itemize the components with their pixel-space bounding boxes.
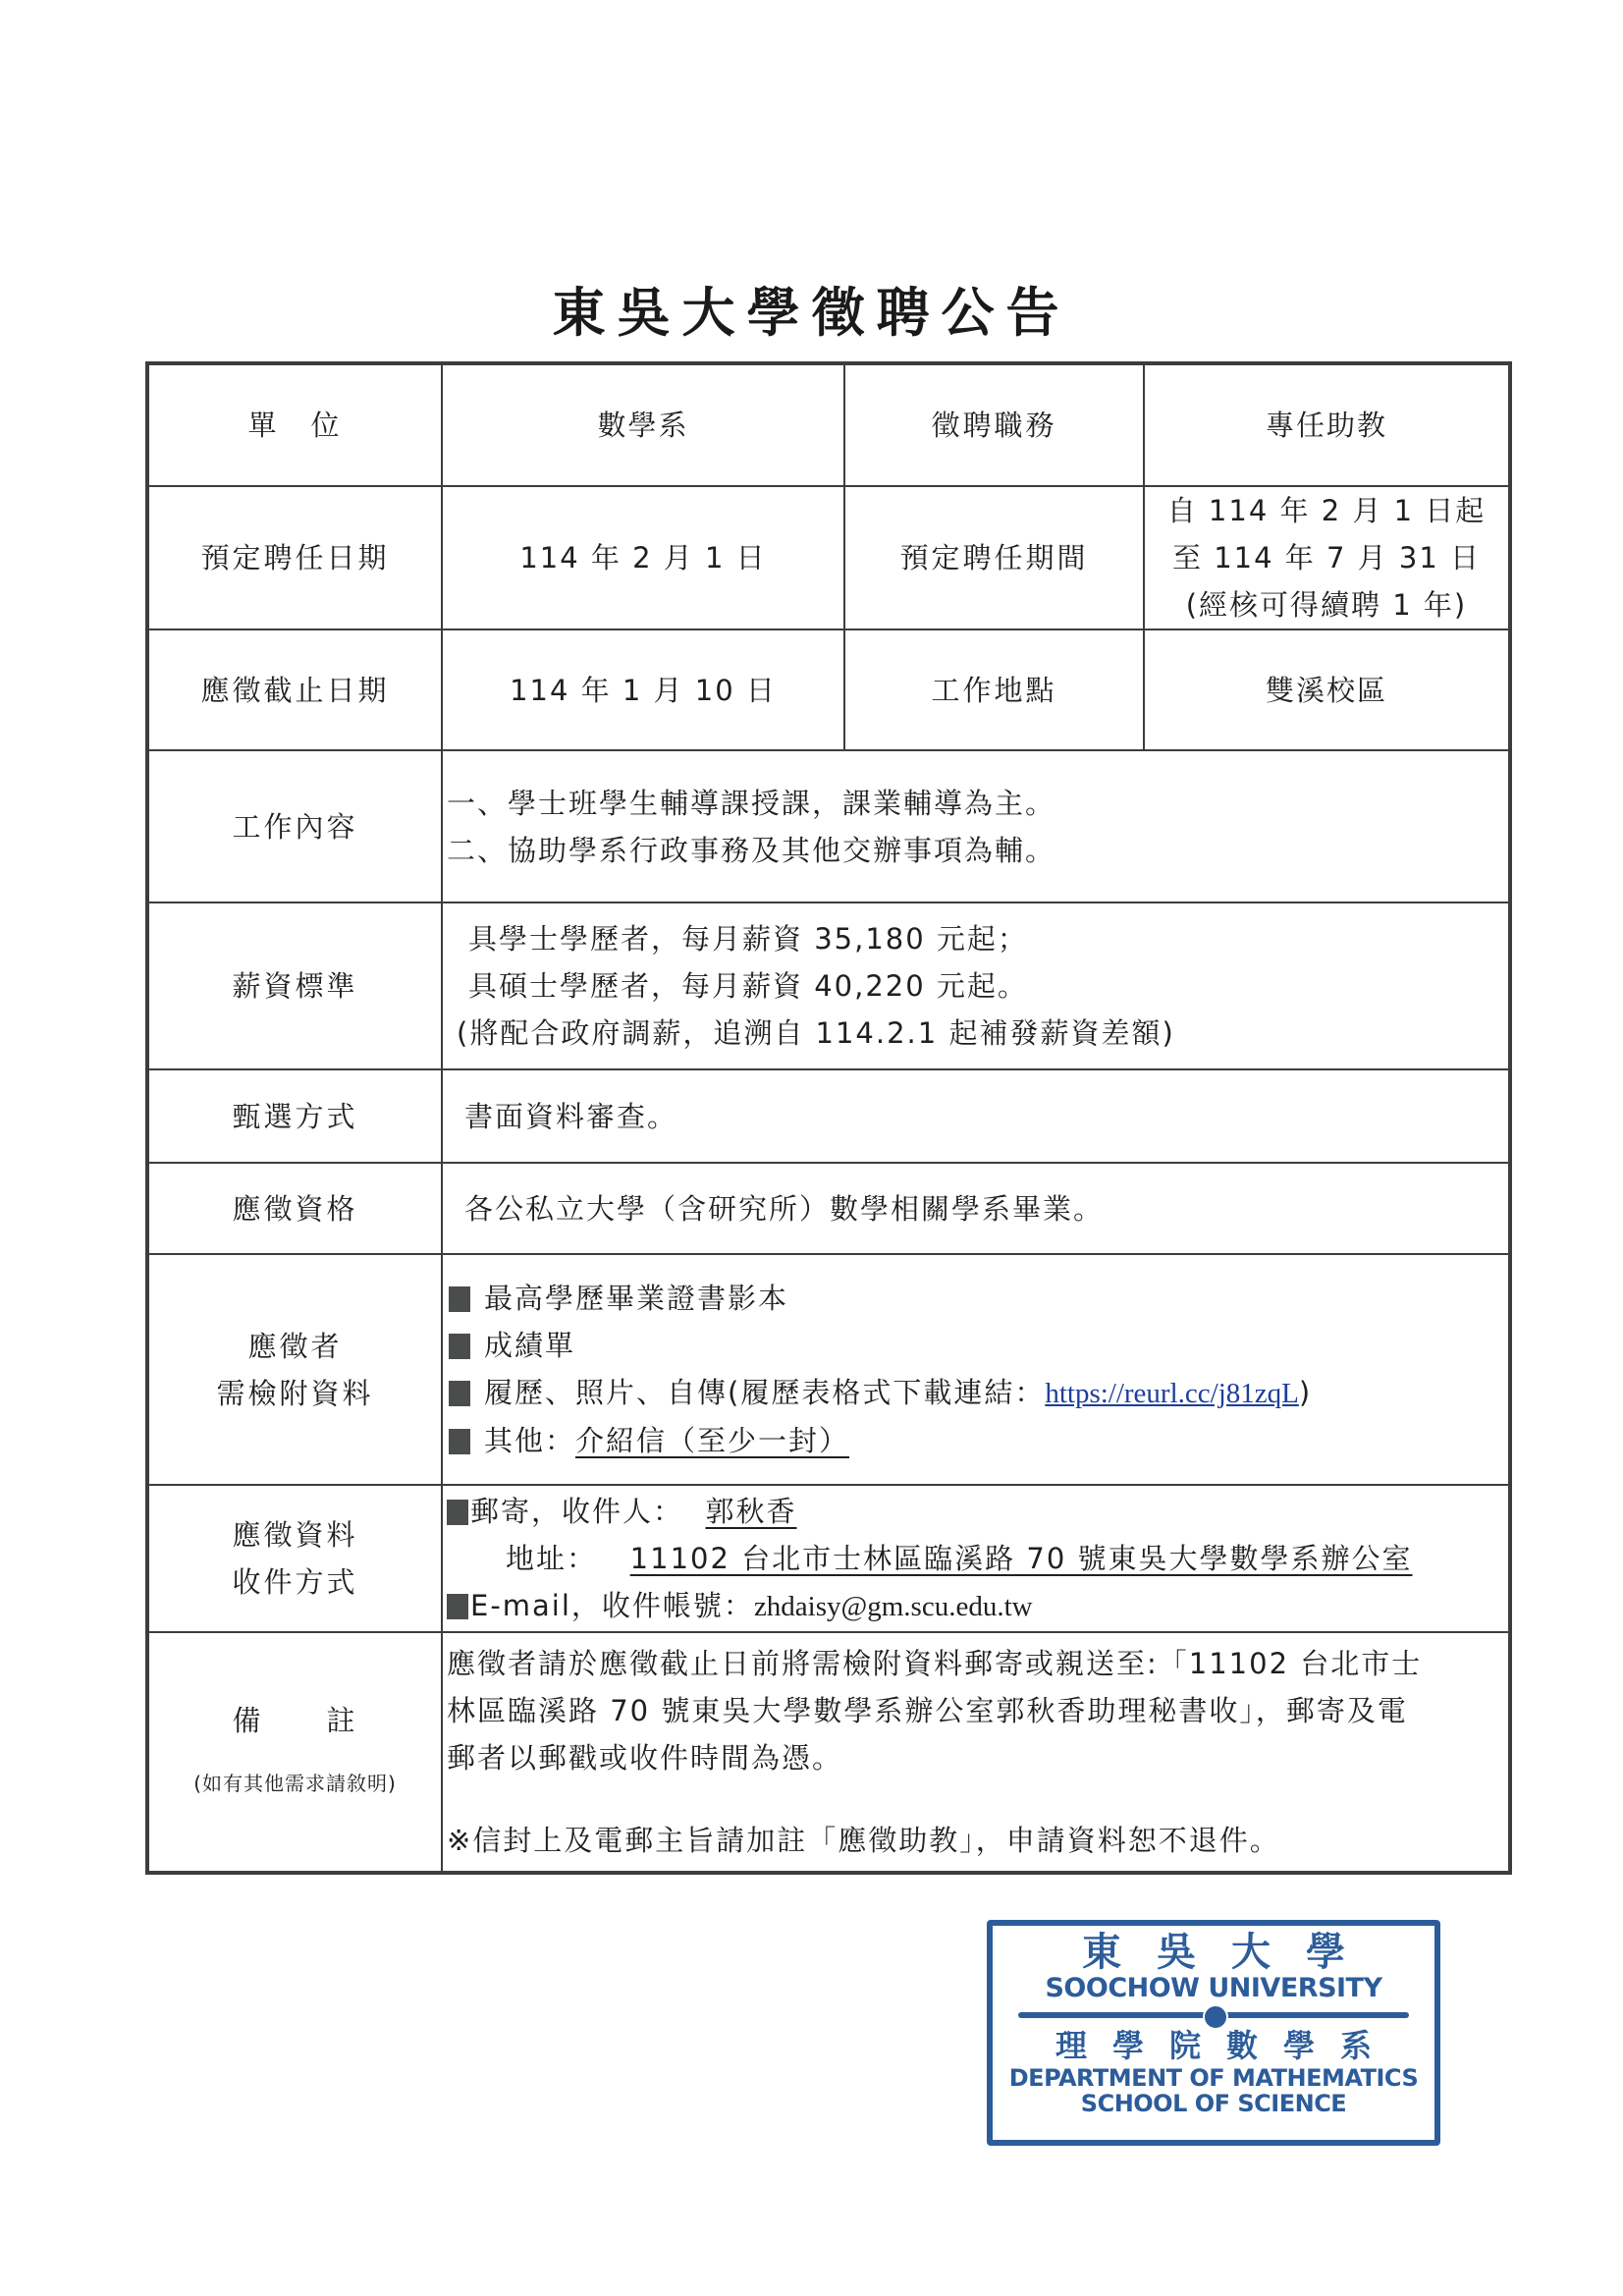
address-value: 11102 台北市士林區臨溪路 70 號東吳大學數學系辦公室: [630, 1542, 1413, 1575]
period-line: (經核可得續聘 1 年): [1145, 581, 1508, 629]
unit-value: 數學系: [442, 363, 844, 486]
salary-line: 具碩士學歷者，每月薪資 40,220 元起。: [457, 962, 1500, 1010]
stamp-department-cn: 理學院數學系: [1018, 2026, 1434, 2065]
submission-label: 應徵資料 收件方式: [147, 1485, 442, 1632]
qualification-label: 應徵資格: [147, 1163, 442, 1254]
remarks-line: 林區臨溪路 70 號東吳大學數學系辦公室郭秋香助理秘書收」，郵寄及電: [447, 1687, 1500, 1734]
remarks-content: 應徵者請於應徵截止日前將需檢附資料郵寄或親送至:「11102 台北市士 林區臨溪…: [442, 1632, 1510, 1873]
remarks-line: 郵者以郵戳或收件時間為憑。: [447, 1734, 1500, 1781]
remarks-note: (如有其他需求請敘明): [149, 1760, 441, 1807]
mail-line: 郵寄，收件人： 郭秋香: [447, 1488, 1500, 1535]
duty-item: 二、協助學系行政事務及其他交辦事項為輔。: [447, 827, 1500, 874]
unit-label: 單 位: [147, 363, 442, 486]
salary-content: 具學士學歷者，每月薪資 35,180 元起； 具碩士學歷者，每月薪資 40,22…: [442, 902, 1510, 1069]
address-line: 地址： 11102 台北市士林區臨溪路 70 號東吳大學數學系辦公室: [447, 1535, 1500, 1582]
salary-note: (將配合政府調薪，追溯自 114.2.1 起補發薪資差額): [457, 1010, 1500, 1057]
period-line: 至 114 年 7 月 31 日: [1145, 534, 1508, 581]
location-label: 工作地點: [844, 629, 1144, 750]
salary-label: 薪資標準: [147, 902, 442, 1069]
row-unit-position: 單 位 數學系 徵聘職務 專任助教: [147, 363, 1510, 486]
position-label: 徵聘職務: [844, 363, 1144, 486]
salary-line: 具學士學歷者，每月薪資 35,180 元起；: [457, 915, 1500, 962]
deadline-value: 114 年 1 月 10 日: [442, 629, 844, 750]
page-title: 東吳大學徵聘公告: [0, 278, 1623, 347]
stamp-divider: [1018, 2004, 1409, 2026]
selection-value: 書面資料審查。: [442, 1069, 1510, 1163]
stamp-university-cn: 東吳大學: [1028, 1930, 1434, 1975]
duty-item: 一、學士班學生輔導課授課，課業輔導為主。: [447, 780, 1500, 827]
checkbox-filled-icon: [449, 1334, 470, 1359]
documents-label-line: 應徵者: [149, 1323, 441, 1370]
department-stamp: 東吳大學 SOOCHOW UNIVERSITY 理學院數學系 DEPARTMEN…: [987, 1920, 1440, 2146]
duties-label: 工作內容: [147, 750, 442, 902]
remarks-label-cell: 備 註 (如有其他需求請敘明): [147, 1632, 442, 1873]
checkbox-filled-icon: [447, 1500, 468, 1525]
row-duties: 工作內容 一、學士班學生輔導課授課，課業輔導為主。 二、協助學系行政事務及其他交…: [147, 750, 1510, 902]
row-dates: 預定聘任日期 114 年 2 月 1 日 預定聘任期間 自 114 年 2 月 …: [147, 486, 1510, 629]
row-documents: 應徵者 需檢附資料 最高學歷畢業證書影本 成績單 履歷、照片、自傳(履歷表格式下…: [147, 1254, 1510, 1485]
checkbox-filled-icon: [449, 1381, 470, 1406]
documents-label: 應徵者 需檢附資料: [147, 1254, 442, 1485]
row-salary: 薪資標準 具學士學歷者，每月薪資 35,180 元起； 具碩士學歷者，每月薪資 …: [147, 902, 1510, 1069]
recipient-name: 郭秋香: [705, 1495, 796, 1528]
document-item: 成績單: [449, 1322, 1500, 1369]
location-value: 雙溪校區: [1144, 629, 1510, 750]
start-date-value: 114 年 2 月 1 日: [442, 486, 844, 629]
stamp-university-en: SOOCHOW UNIVERSITY: [993, 1975, 1434, 2002]
email-line: E-mail，收件帳號：zhdaisy@gm.scu.edu.tw: [447, 1582, 1500, 1630]
submission-content: 郵寄，收件人： 郭秋香 地址： 11102 台北市士林區臨溪路 70 號東吳大學…: [442, 1485, 1510, 1632]
resume-template-link[interactable]: https://reurl.cc/j81zqL: [1045, 1378, 1299, 1409]
stamp-department-en: DEPARTMENT OF MATHEMATICS: [993, 2065, 1434, 2091]
remarks-label: 備 註: [149, 1697, 441, 1744]
checkbox-filled-icon: [449, 1286, 470, 1312]
row-selection: 甄選方式 書面資料審查。: [147, 1069, 1510, 1163]
duties-content: 一、學士班學生輔導課授課，課業輔導為主。 二、協助學系行政事務及其他交辦事項為輔…: [442, 750, 1510, 902]
document-item: 最高學歷畢業證書影本: [449, 1275, 1500, 1322]
remarks-spacer: [447, 1781, 1500, 1817]
remarks-line: 應徵者請於應徵截止日前將需檢附資料郵寄或親送至:「11102 台北市士: [447, 1640, 1500, 1687]
submission-label-line: 收件方式: [149, 1558, 441, 1606]
start-date-label: 預定聘任日期: [147, 486, 442, 629]
stamp-school-en: SCHOOL OF SCIENCE: [993, 2091, 1434, 2116]
checkbox-filled-icon: [447, 1594, 468, 1619]
qualification-value: 各公私立大學（含研究所）數學相關學系畢業。: [442, 1163, 1510, 1254]
checkbox-filled-icon: [449, 1429, 470, 1454]
submission-label-line: 應徵資料: [149, 1511, 441, 1558]
documents-content: 最高學歷畢業證書影本 成績單 履歷、照片、自傳(履歷表格式下載連結：https:…: [442, 1254, 1510, 1485]
deadline-label: 應徵截止日期: [147, 629, 442, 750]
email-address[interactable]: zhdaisy@gm.scu.edu.tw: [754, 1591, 1033, 1622]
row-qualification: 應徵資格 各公私立大學（含研究所）數學相關學系畢業。: [147, 1163, 1510, 1254]
recruitment-table: 單 位 數學系 徵聘職務 專任助教 預定聘任日期 114 年 2 月 1 日 預…: [145, 361, 1512, 1875]
document-item: 其他：介紹信（至少一封）: [449, 1417, 1500, 1464]
period-label: 預定聘任期間: [844, 486, 1144, 629]
period-value: 自 114 年 2 月 1 日起 至 114 年 7 月 31 日 (經核可得續…: [1144, 486, 1510, 629]
row-deadline-location: 應徵截止日期 114 年 1 月 10 日 工作地點 雙溪校區: [147, 629, 1510, 750]
row-remarks: 備 註 (如有其他需求請敘明) 應徵者請於應徵截止日前將需檢附資料郵寄或親送至:…: [147, 1632, 1510, 1873]
position-value: 專任助教: [1144, 363, 1510, 486]
remarks-footnote: ※信封上及電郵主旨請加註「應徵助教」，申請資料恕不退件。: [447, 1817, 1500, 1864]
document-item: 履歷、照片、自傳(履歷表格式下載連結：https://reurl.cc/j81z…: [449, 1369, 1500, 1417]
plum-blossom-emblem-icon: [1203, 2004, 1228, 2030]
row-submission: 應徵資料 收件方式 郵寄，收件人： 郭秋香 地址： 11102 台北市士林區臨溪…: [147, 1485, 1510, 1632]
period-line: 自 114 年 2 月 1 日起: [1145, 487, 1508, 534]
documents-label-line: 需檢附資料: [149, 1370, 441, 1417]
selection-label: 甄選方式: [147, 1069, 442, 1163]
